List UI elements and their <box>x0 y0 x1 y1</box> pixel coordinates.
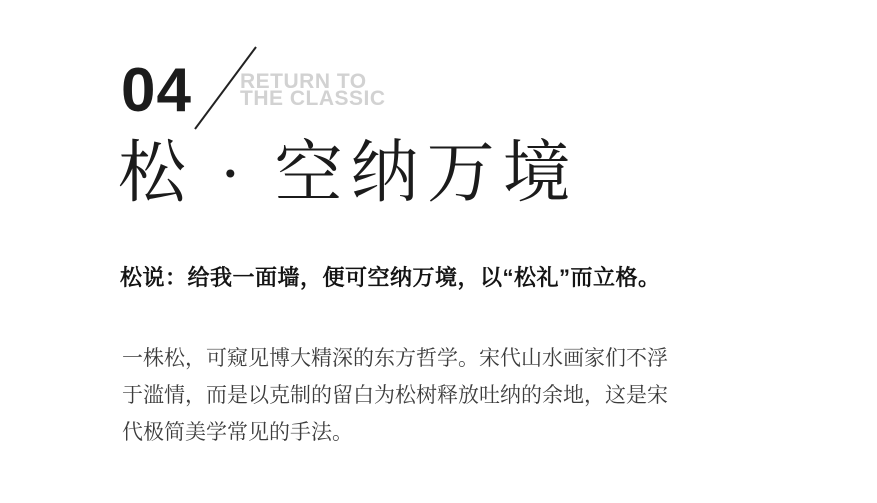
page-title: 松 · 空纳万境 <box>118 132 579 214</box>
body-paragraph: 一株松，可窥见博大精深的东方哲学。宋代山水画家们不浮 于滥情，而是以克制的留白为… <box>122 340 682 451</box>
eyebrow-line2: THE CLASSIC <box>240 91 386 108</box>
slide-page: 04 RETURN TO THE CLASSIC 松 · 空纳万境 松说：给我一… <box>0 0 877 503</box>
body-line-2: 于滥情，而是以克制的留白为松树释放吐纳的余地，这是宋 <box>122 377 682 414</box>
subtitle: 松说：给我一面墙，便可空纳万境，以“松礼”而立格。 <box>120 263 661 293</box>
eyebrow-text: RETURN TO THE CLASSIC <box>240 74 386 107</box>
section-number: 04 <box>121 63 192 119</box>
body-line-1: 一株松，可窥见博大精深的东方哲学。宋代山水画家们不浮 <box>122 340 682 377</box>
body-line-3: 代极简美学常见的手法。 <box>122 414 682 451</box>
